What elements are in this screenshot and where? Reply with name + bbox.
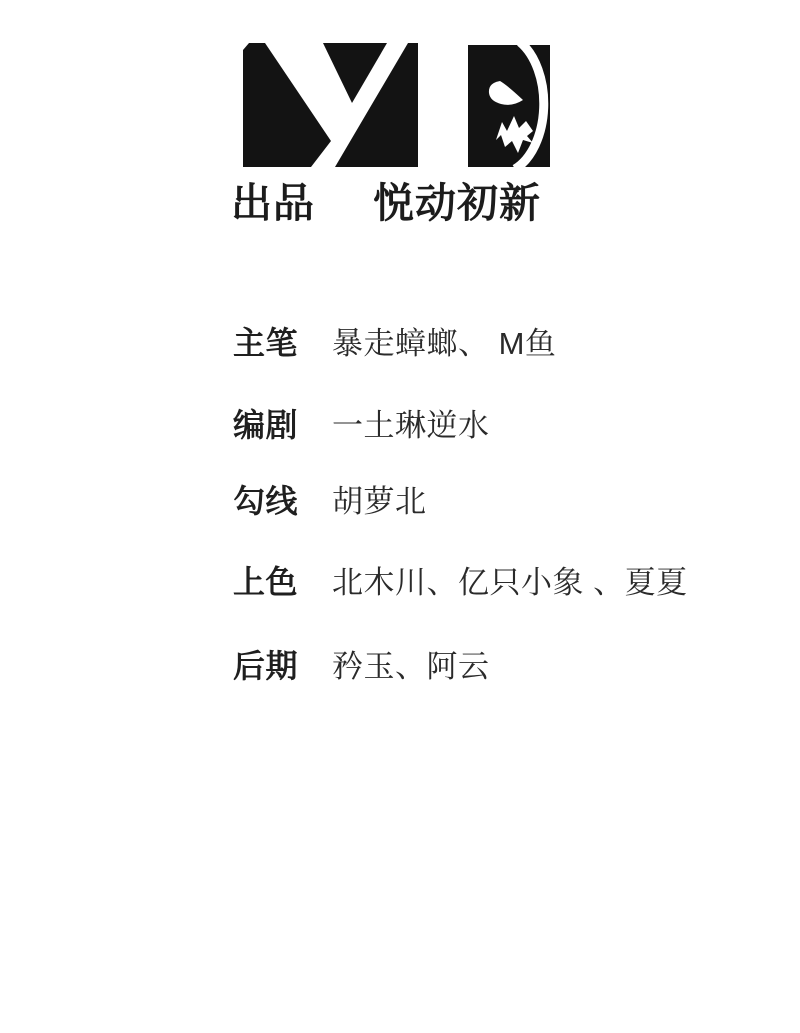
credits-page: 出品 悦动初新 主笔 暴走蟑螂、 M鱼 编剧 一土琳逆水 勾线 胡萝北 上色 北… xyxy=(0,0,800,1033)
credit-names: 矜玉、阿云 xyxy=(332,650,490,684)
credit-role: 主笔 xyxy=(233,326,298,361)
producer-label: 出品 xyxy=(231,181,315,226)
producer-name: 悦动初新 xyxy=(373,181,541,226)
credit-names: 一土琳逆水 xyxy=(332,409,490,443)
credit-names: 胡萝北 xyxy=(332,485,427,519)
credit-row-postproduction: 后期 矜玉、阿云 xyxy=(233,649,773,689)
credit-role: 编剧 xyxy=(233,408,298,443)
credit-row-coloring: 上色 北木川、亿只小象 、夏夏 xyxy=(233,565,773,605)
credit-names: 暴走蟑螂、 M鱼 xyxy=(332,327,556,361)
credit-row-lineart: 勾线 胡萝北 xyxy=(233,484,773,524)
credit-role: 勾线 xyxy=(233,484,298,519)
credit-role: 后期 xyxy=(233,649,298,684)
credit-role: 上色 xyxy=(233,565,298,600)
credit-row-lead-artist: 主笔 暴走蟑螂、 M鱼 xyxy=(233,326,773,366)
producer-line: 出品 悦动初新 xyxy=(231,181,541,226)
credit-names: 北木川、亿只小象 、夏夏 xyxy=(332,566,688,600)
credit-row-screenwriter: 编剧 一土琳逆水 xyxy=(233,408,773,448)
studio-logo-face-mark xyxy=(468,45,550,167)
studio-logo-y-mark xyxy=(243,43,418,167)
